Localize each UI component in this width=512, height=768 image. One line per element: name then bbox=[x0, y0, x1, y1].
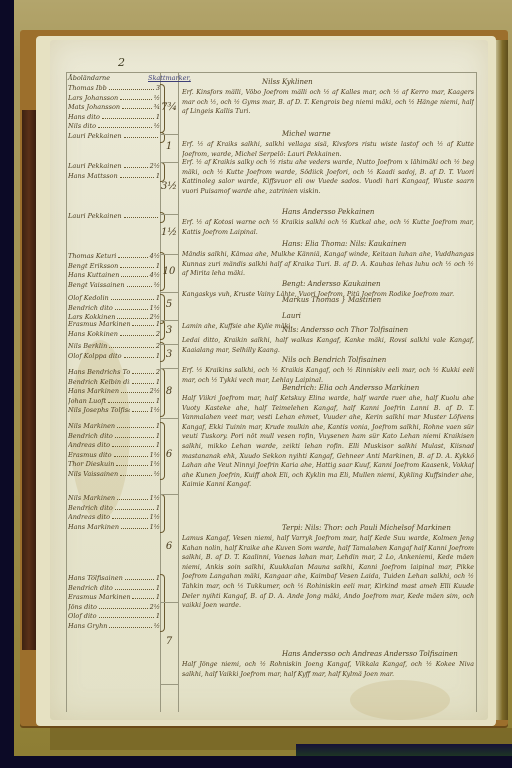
group-total: 1 bbox=[160, 141, 178, 152]
person-name: Lauri Pekkainen bbox=[68, 212, 122, 221]
name-row: Bengt Vaissainen½ bbox=[68, 281, 160, 290]
leader-dots bbox=[109, 84, 154, 90]
leader-dots bbox=[115, 584, 154, 590]
entry-heading: Nils och Bendrich Tolfisainen bbox=[282, 356, 386, 364]
entry-heading: Michel warne bbox=[282, 130, 331, 138]
leader-dots bbox=[120, 470, 152, 476]
name-row: Bendrich dito1 bbox=[68, 584, 160, 593]
leader-dots bbox=[109, 622, 151, 628]
name-row: Olof Kedolin1 bbox=[68, 294, 160, 303]
share-value: 1½ bbox=[150, 513, 160, 522]
name-row: Bendrich dito1 bbox=[68, 432, 160, 441]
leader-dots bbox=[115, 432, 154, 438]
person-name: Nils dito bbox=[68, 122, 96, 131]
entry-heading: Nilss Kyklinen bbox=[262, 78, 313, 86]
entry-heading: Terpi: Nils: Thor: och Pauli Michelsof M… bbox=[282, 524, 451, 532]
entry-heading: Bengt: Andersso Kaukainen bbox=[282, 280, 381, 288]
person-name: Bendrich dito bbox=[68, 584, 113, 593]
leader-dots bbox=[122, 103, 152, 109]
person-name: Hans dito bbox=[68, 113, 100, 122]
leader-dots bbox=[118, 252, 147, 258]
name-row: Thomas Ibb3 bbox=[68, 84, 160, 93]
share-value: 1½ bbox=[150, 304, 160, 313]
name-row: Hans Markinen2½ bbox=[68, 387, 160, 396]
person-name: Thor Dieskuin bbox=[68, 460, 114, 469]
leader-dots bbox=[124, 162, 148, 168]
person-name: Nils Markinen bbox=[68, 422, 115, 431]
name-row: Mats Johansson¾ bbox=[68, 103, 160, 112]
leader-dots bbox=[132, 593, 154, 599]
person-name: Hans Bendrichs Tolfisaen bbox=[68, 368, 130, 377]
entry-heading: Bendrich: Elia och Andersso Markinen bbox=[282, 384, 419, 392]
entry-heading: Hans: Elia Thoma: Nils: Kaukainen bbox=[282, 240, 406, 248]
group-separator bbox=[160, 344, 178, 345]
share-value: 4½ bbox=[150, 271, 160, 280]
leader-dots bbox=[120, 330, 154, 336]
share-value: 2½ bbox=[150, 387, 160, 396]
leader-dots bbox=[124, 352, 154, 358]
leader-dots bbox=[127, 281, 152, 287]
group-separator bbox=[160, 292, 178, 293]
leader-dots bbox=[120, 172, 154, 178]
leader-dots bbox=[115, 304, 148, 310]
person-name: Jöns dito bbox=[68, 603, 97, 612]
share-value: 1½ bbox=[150, 451, 160, 460]
person-name: Hans Gryhn bbox=[68, 622, 107, 631]
person-name: Olof dito bbox=[68, 612, 97, 621]
person-name: Thomas Keturi bbox=[68, 252, 116, 261]
name-row: Olof Kolppa dito1 bbox=[68, 352, 160, 361]
person-name: Lauri Pekkainen bbox=[68, 132, 122, 141]
leader-dots bbox=[120, 262, 154, 268]
person-name: Mats Johansson bbox=[68, 103, 120, 112]
leader-dots bbox=[117, 422, 154, 428]
name-row: Hans dito1 bbox=[68, 113, 160, 122]
descriptions-column: Nilss KyklinenErf. Kinsfors mälli, Vöbo … bbox=[182, 74, 474, 710]
leader-dots bbox=[112, 441, 154, 447]
leader-dots bbox=[120, 94, 151, 100]
person-name: Johan Luoft bbox=[68, 397, 106, 406]
leader-dots bbox=[132, 378, 154, 384]
share-value: 1½ bbox=[150, 460, 160, 469]
name-row: Hans Bendrichs Tolfisaen2 bbox=[68, 368, 160, 377]
name-row: Lauri Pekkainen2½ bbox=[68, 162, 160, 171]
leader-dots bbox=[132, 368, 154, 374]
name-row: Bendrich Kelbin dito1 bbox=[68, 378, 160, 387]
top-rule bbox=[66, 72, 476, 73]
person-name: Erasmus dito bbox=[68, 451, 112, 460]
group-total: 8 bbox=[160, 386, 178, 397]
person-name: Olof Kolppa dito bbox=[68, 352, 122, 361]
person-name: Bendrich dito bbox=[68, 304, 113, 313]
group-total: 3 bbox=[160, 349, 178, 360]
leader-dots bbox=[121, 387, 148, 393]
name-row: Nils Berklin2 bbox=[68, 342, 160, 351]
leader-dots bbox=[116, 460, 147, 466]
group-total: 5 bbox=[160, 299, 178, 310]
person-name: Bendrich Kelbin dito bbox=[68, 378, 130, 387]
name-row: Lauri Pekkainen bbox=[68, 132, 160, 141]
entry-heading: Markus Thomas } Mastinen bbox=[282, 296, 381, 304]
leader-dots bbox=[109, 342, 154, 348]
person-name: Thomas Ibb bbox=[68, 84, 107, 93]
name-row: Thor Dieskuin1½ bbox=[68, 460, 160, 469]
group-separator bbox=[160, 320, 178, 321]
entry-heading: Lauri bbox=[282, 312, 301, 320]
name-row: Hans Kuttainen4½ bbox=[68, 271, 160, 280]
name-row: Hans Markinen1½ bbox=[68, 523, 160, 532]
person-name: Nils Josephs Tolfisaen bbox=[68, 406, 130, 415]
leader-dots bbox=[121, 523, 148, 529]
person-name: Erasmus Markinen bbox=[68, 593, 130, 602]
name-row: Olof dito1 bbox=[68, 612, 160, 621]
group-total: 1½ bbox=[160, 227, 178, 238]
group-total: 6 bbox=[160, 541, 178, 552]
leader-dots bbox=[117, 313, 147, 319]
entry-text: Erf. ½ af Kraiks salkhi, salkhi vellaga … bbox=[182, 140, 474, 160]
totals-column: 7¾13½1½105338667 bbox=[160, 74, 178, 710]
leader-dots bbox=[125, 574, 154, 580]
book-spine bbox=[22, 110, 36, 650]
person-name: Hans Kuttainen bbox=[68, 271, 119, 280]
leader-dots bbox=[117, 494, 147, 500]
names-column: Åboländarne Thomas Ibb3Lars Johansson½Ma… bbox=[68, 74, 160, 710]
person-name: Hans Markinen bbox=[68, 523, 119, 532]
group-separator bbox=[160, 214, 178, 215]
name-row: Bendrich dito1 bbox=[68, 504, 160, 513]
person-name: Erasmus Markinen bbox=[68, 320, 130, 329]
share-value: 2½ bbox=[150, 162, 160, 171]
right-margin-rule bbox=[476, 72, 477, 712]
person-name: Nils Vaissainen bbox=[68, 470, 118, 479]
group-separator bbox=[160, 368, 178, 369]
entry-heading: Hans Andersso och Andreas Andersso Tolfi… bbox=[282, 650, 458, 658]
entry-text: Ledai ditto, Kraikin salkhi, half walkas… bbox=[182, 336, 474, 358]
group-separator bbox=[160, 418, 178, 419]
leader-dots bbox=[98, 122, 152, 128]
leader-dots bbox=[112, 513, 148, 519]
name-row: Jöns dito2½ bbox=[68, 603, 160, 612]
person-name: Hans Tölfisainen bbox=[68, 574, 123, 583]
entry-text: Erf. Kinsfors mälli, Vöbo Joefrom mälli … bbox=[182, 88, 474, 128]
name-row: Bendrich dito1½ bbox=[68, 304, 160, 313]
share-value: 1½ bbox=[150, 494, 160, 503]
name-row: Erasmus Markinen1 bbox=[68, 593, 160, 602]
person-name: Lauri Pekkainen bbox=[68, 162, 122, 171]
name-row: Erasmus dito1½ bbox=[68, 451, 160, 460]
person-name: Lars Johansson bbox=[68, 94, 118, 103]
entry-text: Erf. ½ af Kotosi warne och ½ Kraikis sal… bbox=[182, 218, 474, 240]
leader-dots bbox=[102, 113, 154, 119]
person-name: Bengt Eriksson bbox=[68, 262, 118, 271]
person-name: Andreas dito bbox=[68, 441, 110, 450]
person-name: Bendrich dito bbox=[68, 432, 113, 441]
name-row: Nils Markinen1½ bbox=[68, 494, 160, 503]
group-separator bbox=[160, 494, 178, 495]
person-name: Bendrich dito bbox=[68, 504, 113, 513]
name-row: Andreas dito1½ bbox=[68, 513, 160, 522]
person-name: Hans Markinen bbox=[68, 387, 119, 396]
leader-dots bbox=[99, 603, 148, 609]
name-row: Nils Markinen1 bbox=[68, 422, 160, 431]
leader-dots bbox=[114, 451, 148, 457]
leader-dots bbox=[124, 212, 158, 218]
person-name: Bengt Vaissainen bbox=[68, 281, 125, 290]
column-header-names: Åboländarne bbox=[68, 74, 110, 82]
name-row: Johan Luoft1 bbox=[68, 397, 160, 406]
col-divider-2 bbox=[178, 72, 179, 712]
name-row: Bengt Eriksson1 bbox=[68, 262, 160, 271]
person-name: Olof Kedolin bbox=[68, 294, 109, 303]
entry-heading: Hans Andersso Pekkainen bbox=[282, 208, 374, 216]
share-value: 4½ bbox=[150, 252, 160, 261]
group-separator bbox=[160, 254, 178, 255]
page-edges bbox=[494, 40, 508, 720]
person-name: Hans Kokkinen bbox=[68, 330, 118, 339]
group-separator bbox=[160, 134, 178, 135]
leader-dots bbox=[115, 504, 154, 510]
left-margin-rule bbox=[66, 72, 67, 712]
share-value: 1½ bbox=[150, 406, 160, 415]
name-row: Thomas Keturi4½ bbox=[68, 252, 160, 261]
leader-dots bbox=[124, 132, 158, 138]
group-total: 6 bbox=[160, 449, 178, 460]
group-total: 10 bbox=[160, 266, 178, 277]
page-number: 2 bbox=[118, 56, 125, 69]
name-row: Nils Josephs Tolfisaen1½ bbox=[68, 406, 160, 415]
entry-text: Lamus Kangaf, Vesen niemi, half Varryk J… bbox=[182, 534, 474, 644]
entry-text: Half Jönge niemi, och ½ Rohniskin Joeng … bbox=[182, 660, 474, 690]
name-row: Hans Tölfisainen1 bbox=[68, 574, 160, 583]
leader-dots bbox=[132, 406, 148, 412]
name-row: Erasmus Markinen1 bbox=[68, 320, 160, 329]
entry-text: Erf. ½ af Kraikis salky och ½ ristu ahe … bbox=[182, 158, 474, 202]
leader-dots bbox=[108, 397, 154, 403]
name-row: Nils dito½ bbox=[68, 122, 160, 131]
entry-text: Half Viikri Joefrom mar, half Ketskuy El… bbox=[182, 394, 474, 524]
group-total: 3½ bbox=[160, 181, 178, 192]
scan-edge-strip bbox=[296, 744, 512, 756]
person-name: Nils Berklin bbox=[68, 342, 107, 351]
name-row: Lars Johansson½ bbox=[68, 94, 160, 103]
share-value: 2½ bbox=[150, 603, 160, 612]
person-name: Hans Mattsson bbox=[68, 172, 118, 181]
group-separator bbox=[160, 602, 178, 603]
share-value: 1½ bbox=[150, 523, 160, 532]
group-separator bbox=[160, 162, 178, 163]
name-row: Andreas dito1 bbox=[68, 441, 160, 450]
name-row: Hans Mattsson1 bbox=[68, 172, 160, 181]
person-name: Andreas dito bbox=[68, 513, 110, 522]
name-row: Hans Kokkinen2 bbox=[68, 330, 160, 339]
name-row: Lauri Pekkainen bbox=[68, 212, 160, 221]
leader-dots bbox=[132, 320, 154, 326]
name-row: Nils Vaissainen½ bbox=[68, 470, 160, 479]
leader-dots bbox=[121, 271, 147, 277]
leader-dots bbox=[99, 612, 154, 618]
group-total: 3 bbox=[160, 325, 178, 336]
group-total: 7 bbox=[160, 636, 178, 647]
group-total: 7¾ bbox=[160, 102, 178, 113]
leader-dots bbox=[111, 294, 154, 300]
person-name: Nils Markinen bbox=[68, 494, 115, 503]
name-row: Hans Gryhn½ bbox=[68, 622, 160, 631]
entry-heading: Nils: Andersso och Thor Tolfisainen bbox=[282, 326, 408, 334]
entry-text: Mändis salkhi, Kämaa ahe, Mulkhe Känniä,… bbox=[182, 250, 474, 280]
group-separator bbox=[160, 684, 178, 685]
